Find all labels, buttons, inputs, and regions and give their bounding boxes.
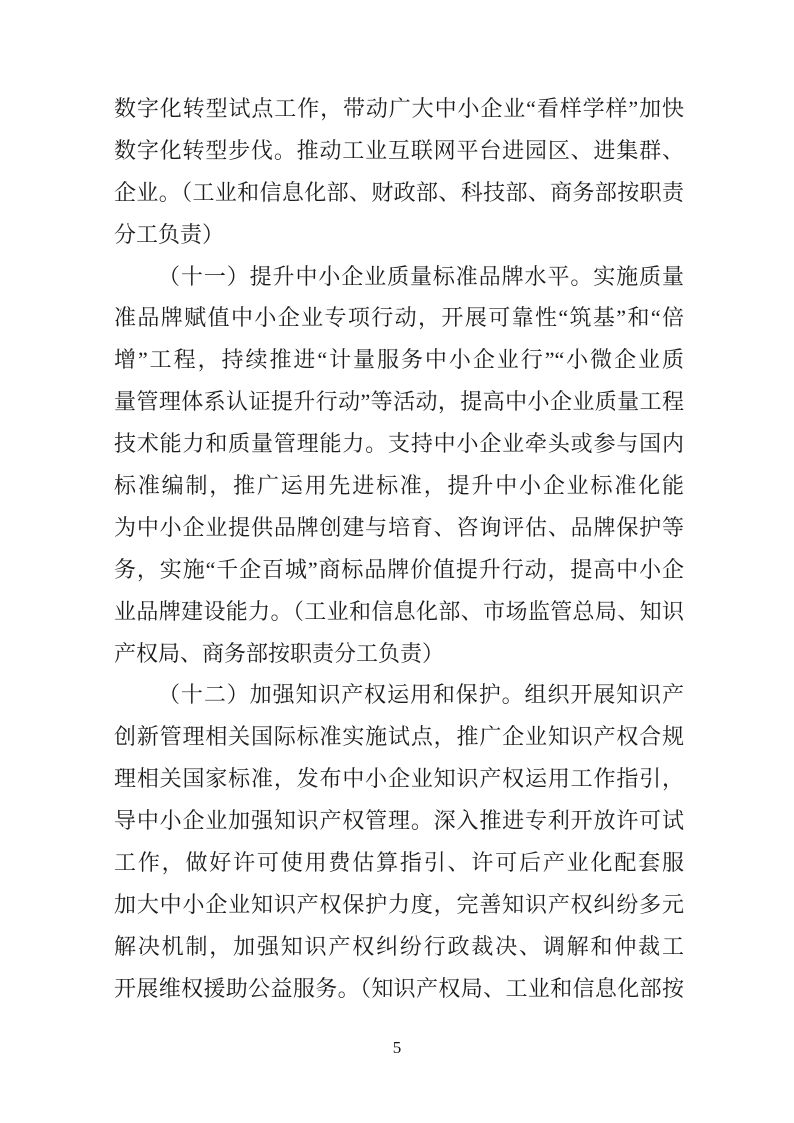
- document-page: 数字化转型试点工作，带动广大中小企业“看样学样”加快数字化转型步伐。推动工业互联…: [0, 0, 794, 1123]
- text-line: （十二）加强知识产权运用和保护。组织开展知识产权: [114, 674, 684, 716]
- text-line: 分工负责）: [114, 214, 684, 256]
- text-line: 为中小企业提供品牌创建与培育、咨询评估、品牌保护等服: [114, 507, 684, 549]
- text-line: 创新管理相关国际标准实施试点，推广企业知识产权合规管: [114, 716, 684, 758]
- text-line: 理相关国家标准，发布中小企业知识产权运用工作指引，指: [114, 758, 684, 800]
- text-line: 技术能力和质量管理能力。支持中小企业牵头或参与国内外: [114, 423, 684, 465]
- text-line: 工作，做好许可使用费估算指引、许可后产业化配套服务。: [114, 842, 684, 884]
- text-line: 导中小企业加强知识产权管理。深入推进专利开放许可试点: [114, 800, 684, 842]
- text-line: 加大中小企业知识产权保护力度，完善知识产权纠纷多元化: [114, 884, 684, 926]
- text-line: 解决机制，加强知识产权纠纷行政裁决、调解和仲裁工作，: [114, 926, 684, 968]
- text-line: 务，实施“千企百城”商标品牌价值提升行动，提高中小企: [114, 549, 684, 591]
- text-line: 数字化转型步伐。推动工业互联网平台进园区、进集群、进: [114, 130, 684, 172]
- text-line: 增”工程，持续推进“计量服务中小企业行”“小微企业质: [114, 339, 684, 381]
- text-line: 准品牌赋值中小企业专项行动，开展可靠性“筑基”和“倍: [114, 297, 684, 339]
- text-line: 业品牌建设能力。（工业和信息化部、市场监管总局、知识: [114, 591, 684, 633]
- text-line: （十一）提升中小企业质量标准品牌水平。实施质量标: [114, 256, 684, 298]
- text-line: 数字化转型试点工作，带动广大中小企业“看样学样”加快: [114, 88, 684, 130]
- text-line: 量管理体系认证提升行动”等活动，提高中小企业质量工程: [114, 381, 684, 423]
- text-line: 标准编制，推广运用先进标准，提升中小企业标准化能力。: [114, 465, 684, 507]
- text-line: 企业。（工业和信息化部、财政部、科技部、商务部按职责: [114, 172, 684, 214]
- document-body: 数字化转型试点工作，带动广大中小企业“看样学样”加快数字化转型步伐。推动工业互联…: [114, 88, 684, 1010]
- text-line: 产权局、商务部按职责分工负责）: [114, 633, 684, 675]
- page-number: 5: [393, 1038, 402, 1057]
- text-line: 开展维权援助公益服务。（知识产权局、工业和信息化部按: [114, 968, 684, 1010]
- page-footer: 5: [0, 1038, 794, 1058]
